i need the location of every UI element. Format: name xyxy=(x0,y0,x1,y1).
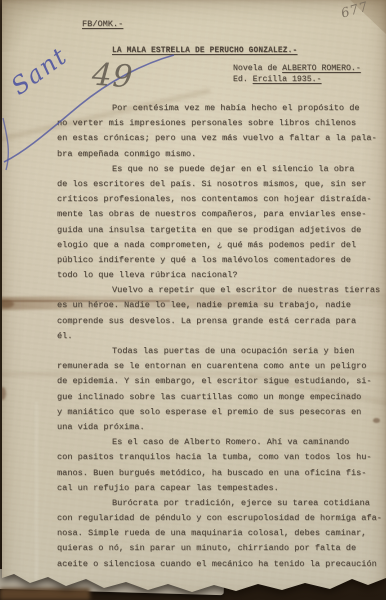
typed-line: con regularidad de péndulo y con escrupo… xyxy=(57,511,383,526)
typed-line: él. xyxy=(57,329,383,344)
typed-line: es un héroe. Nadie lo lee, nadie premia … xyxy=(57,298,383,313)
paper-stain xyxy=(0,387,6,400)
paper-sheet: FB/OMK.- LA MALA ESTRELLA DE PERUCHO GON… xyxy=(0,0,386,600)
typed-line: de epidemia. Y sin embargo, el escritor … xyxy=(57,374,383,389)
typed-line: una vida próxima. xyxy=(57,420,383,435)
typed-line: Todas las puertas de una ocupación seria… xyxy=(57,344,383,359)
typed-line: manos. Buen burgués metódico, ha buscado… xyxy=(57,466,383,481)
typed-line: mente las obras de nuestros compañeros, … xyxy=(57,207,383,222)
paper-crease xyxy=(0,300,170,302)
paper-stain xyxy=(0,300,14,308)
paper-crease xyxy=(249,373,386,410)
paper-crease xyxy=(34,402,39,587)
document-title: LA MALA ESTRELLA DE PERUCHO GONZALEZ.- xyxy=(112,47,297,55)
typed-line: de los escritores del país. Si nosotros … xyxy=(57,177,383,192)
typed-line: Es el caso de Alberto Romero. Ahí va cam… xyxy=(57,435,383,450)
typed-line: en estas crónicas; pero una vez más vuel… xyxy=(57,131,383,146)
typed-line: gue inclinado sobre las cuartillas como … xyxy=(57,390,383,405)
handwritten-page-number: 49 xyxy=(91,57,135,96)
typed-line: elogio que a nada comprometen, ¿ qué más… xyxy=(57,238,383,253)
byline: Novela de ALBERTO ROMERO.- xyxy=(233,64,361,73)
scanned-typescript-page: FB/OMK.- LA MALA ESTRELLA DE PERUCHO GON… xyxy=(0,0,386,600)
paper-wrapper: FB/OMK.- LA MALA ESTRELLA DE PERUCHO GON… xyxy=(0,0,386,600)
paper-crease xyxy=(0,370,386,378)
routing-code: FB/OMK.- xyxy=(82,19,123,29)
paper-crease xyxy=(0,293,386,310)
typed-line: cal un refujio para capear las tempestad… xyxy=(57,481,383,496)
typed-line: nosa. Simple rueda de una maquinaria col… xyxy=(57,526,383,541)
typed-line: Vuelvo a repetir que el escritor de nues… xyxy=(57,283,383,298)
typed-line: aceite o silenciosa cuando el mecánico h… xyxy=(57,557,383,572)
edition-line: Ed. Ercilla 1935.- xyxy=(233,75,321,84)
typed-line: quieras o nó, sin parar un minuto, chirr… xyxy=(57,541,383,556)
typed-line: comprende sus desvelos. La prensa grande… xyxy=(57,314,383,329)
typed-line: con pasitos tranquilos hacia la tumba, c… xyxy=(57,450,383,465)
edition-detail: Ercilla 1935.- xyxy=(253,75,322,84)
paper-stain xyxy=(373,418,380,423)
paper-crease xyxy=(0,87,211,145)
typed-line: todo lo que lleva rúbrica nacional? xyxy=(57,268,383,283)
typed-line: y maniático que solo esperase el premio … xyxy=(57,405,383,420)
typed-line: Burócrata por tradición, ejerce su tarea… xyxy=(57,496,383,511)
edition-prefix: Ed. xyxy=(233,75,253,84)
author-name: ALBERTO ROMERO.- xyxy=(282,64,361,73)
typed-line: no verter mis impresiones personales sob… xyxy=(57,116,383,131)
typed-line: Por centésima vez me había hecho el prop… xyxy=(57,101,383,116)
typed-line: remunerada se le entornan en cuarentena … xyxy=(57,359,383,374)
typed-line: bra empeñada conmigo mismo. xyxy=(57,147,383,162)
typed-line: críticos profesionales, nos contentamos … xyxy=(57,192,383,207)
byline-prefix: Novela de xyxy=(233,64,282,73)
document-body: Por centésima vez me había hecho el prop… xyxy=(57,101,383,572)
typed-line: público indiferente y qué a los malévolo… xyxy=(57,253,383,268)
typed-line: Es que no se puede dejar en el silencio … xyxy=(57,162,383,177)
typed-line: guida una insulsa targetita en que se pr… xyxy=(57,223,383,238)
